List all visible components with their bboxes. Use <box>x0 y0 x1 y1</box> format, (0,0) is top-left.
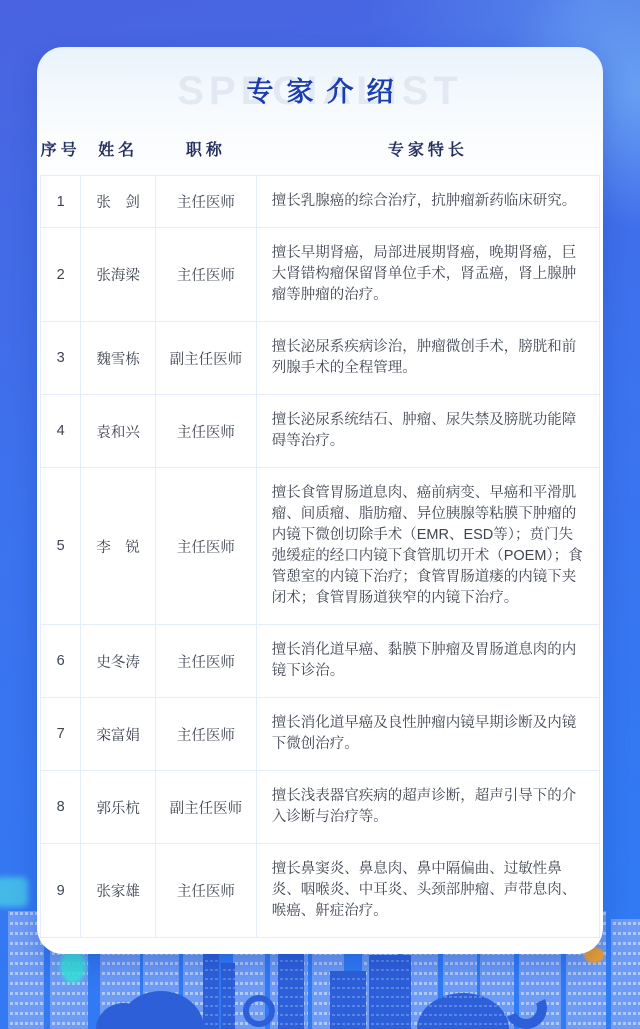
cell-no: 5 <box>41 468 81 625</box>
cell-job: 主任医师 <box>156 698 257 771</box>
table-row: 9 张家雄 主任医师 擅长鼻窦炎、鼻息肉、鼻中隔偏曲、过敏性鼻炎、咽喉炎、中耳炎… <box>41 844 600 938</box>
cell-no: 9 <box>41 844 81 938</box>
skyline-tower <box>369 955 411 1029</box>
column-header-no: 序号 <box>41 125 81 176</box>
cell-no: 1 <box>41 176 81 228</box>
experts-table: 序号 姓名 职称 专家特长 1 张 剑 主任医师 擅长乳腺癌的综合治疗，抗肿瘤新… <box>40 125 600 938</box>
cell-no: 7 <box>41 698 81 771</box>
cell-specialty: 擅长浅表器官疾病的超声诊断，超声引导下的介入诊断与治疗等。 <box>256 771 599 844</box>
cell-job: 主任医师 <box>156 176 257 228</box>
cell-specialty: 擅长鼻窦炎、鼻息肉、鼻中隔偏曲、过敏性鼻炎、咽喉炎、中耳炎、头颈部肿瘤、声带息肉… <box>256 844 599 938</box>
cell-name: 张海梁 <box>81 228 156 322</box>
cell-job: 副主任医师 <box>156 322 257 395</box>
ferris-wheel-icon <box>243 995 275 1027</box>
cell-specialty: 擅长消化道早癌及良性肿瘤内镜早期诊断及内镜下微创治疗。 <box>256 698 599 771</box>
cell-job: 副主任医师 <box>156 771 257 844</box>
skyline-building <box>611 919 640 1029</box>
cell-name: 栾富娟 <box>81 698 156 771</box>
table-row: 2 张海梁 主任医师 擅长早期肾癌，局部进展期肾癌，晚期肾癌，巨大肾错构瘤保留肾… <box>41 228 600 322</box>
cell-job: 主任医师 <box>156 395 257 468</box>
experts-card: SPECIALIST 专家介绍 序号 姓名 职称 专家特长 1 张 剑 主任医师 <box>37 47 603 954</box>
cell-specialty: 擅长消化道早癌、黏膜下肿瘤及胃肠道息肉的内镜下诊治。 <box>256 625 599 698</box>
skyline-tower <box>203 951 219 1029</box>
cell-no: 6 <box>41 625 81 698</box>
cell-no: 3 <box>41 322 81 395</box>
cell-specialty: 擅长泌尿系疾病诊治，肿瘤微创手术，膀胱和前列腺手术的全程管理。 <box>256 322 599 395</box>
cell-no: 8 <box>41 771 81 844</box>
cell-name: 张 剑 <box>81 176 156 228</box>
skyline-tower <box>278 943 304 1029</box>
page-title: 专家介绍 <box>40 63 600 121</box>
cell-job: 主任医师 <box>156 228 257 322</box>
column-header-specialty: 专家特长 <box>256 125 599 176</box>
cyan-glow-icon <box>0 877 28 907</box>
cell-specialty: 擅长早期肾癌，局部进展期肾癌，晚期肾癌，巨大肾错构瘤保留肾单位手术，肾盂癌，肾上… <box>256 228 599 322</box>
table-row: 8 郭乐杭 副主任医师 擅长浅表器官疾病的超声诊断，超声引导下的介入诊断与治疗等… <box>41 771 600 844</box>
cell-no: 4 <box>41 395 81 468</box>
cell-name: 魏雪栋 <box>81 322 156 395</box>
column-header-name: 姓名 <box>81 125 156 176</box>
column-header-job: 职称 <box>156 125 257 176</box>
cell-no: 2 <box>41 228 81 322</box>
cell-job: 主任医师 <box>156 468 257 625</box>
page-background: SPECIALIST 专家介绍 序号 姓名 职称 专家特长 1 张 剑 主任医师 <box>0 0 640 1029</box>
cell-name: 史冬涛 <box>81 625 156 698</box>
skyline-tower <box>330 971 366 1029</box>
cell-name: 郭乐杭 <box>81 771 156 844</box>
table-row: 3 魏雪栋 副主任医师 擅长泌尿系疾病诊治，肿瘤微创手术，膀胱和前列腺手术的全程… <box>41 322 600 395</box>
table-row: 1 张 剑 主任医师 擅长乳腺癌的综合治疗，抗肿瘤新药临床研究。 <box>41 176 600 228</box>
skyline-tower <box>221 963 235 1029</box>
cell-job: 主任医师 <box>156 844 257 938</box>
cell-job: 主任医师 <box>156 625 257 698</box>
teal-glow-icon <box>60 949 86 983</box>
table-row: 5 李 锐 主任医师 擅长食管胃肠道息肉、癌前病变、早癌和平滑肌瘤、间质瘤、脂肪… <box>41 468 600 625</box>
cell-name: 袁和兴 <box>81 395 156 468</box>
cell-specialty: 擅长乳腺癌的综合治疗，抗肿瘤新药临床研究。 <box>256 176 599 228</box>
table-row: 7 栾富娟 主任医师 擅长消化道早癌及良性肿瘤内镜早期诊断及内镜下微创治疗。 <box>41 698 600 771</box>
table-header: 序号 姓名 职称 专家特长 <box>41 125 600 176</box>
cell-name: 李 锐 <box>81 468 156 625</box>
table-row: 4 袁和兴 主任医师 擅长泌尿系统结石、肿瘤、尿失禁及膀胱功能障碍等治疗。 <box>41 395 600 468</box>
cell-name: 张家雄 <box>81 844 156 938</box>
cell-specialty: 擅长食管胃肠道息肉、癌前病变、早癌和平滑肌瘤、间质瘤、脂肪瘤、异位胰腺等粘膜下肿… <box>256 468 599 625</box>
title-block: SPECIALIST 专家介绍 <box>40 63 600 121</box>
cell-specialty: 擅长泌尿系统结石、肿瘤、尿失禁及膀胱功能障碍等治疗。 <box>256 395 599 468</box>
table-row: 6 史冬涛 主任医师 擅长消化道早癌、黏膜下肿瘤及胃肠道息肉的内镜下诊治。 <box>41 625 600 698</box>
